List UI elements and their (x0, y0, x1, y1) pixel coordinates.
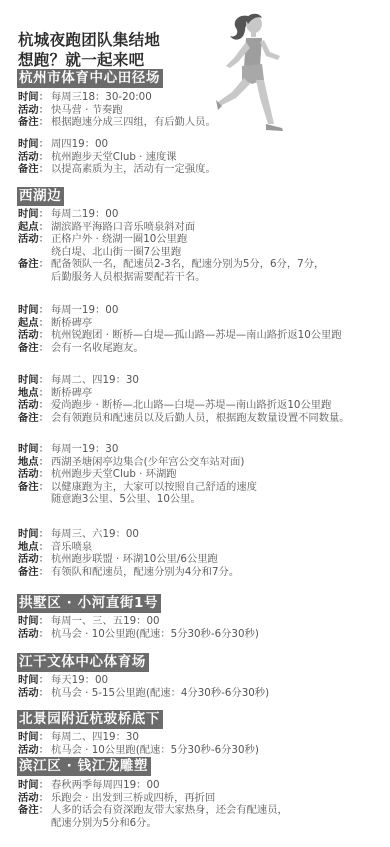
value-time: 春秋两季每周四19：00 (51, 779, 160, 792)
section-heading-beijingyuan: 北景园附近杭玻桥底下 (17, 710, 163, 729)
value-activity: 杭州跑步联盟 · 环湖10公里/6公里跑 (51, 553, 218, 566)
row-time: 时间：周四19：00 (18, 138, 216, 151)
label-note: 备注： (18, 163, 51, 176)
value-time: 每天19：00 (51, 674, 108, 687)
value-activity: 杭州跑步天堂Club · 环湖跑 (51, 468, 177, 481)
page-title: 杭城夜跑团队集结地 想跑？就一起来吧 (18, 30, 160, 70)
value-note: 以健康跑为主，大家可以按照自己舒适的速度 (51, 481, 257, 494)
label-note: 备注： (18, 116, 51, 129)
value-activity: 杭马会 · 5-15公里跑(配速：4分30秒-6分30秒) (51, 687, 269, 700)
value-activity: 杭州锐跑团 · 断桥—白堤—孤山路—苏堤—南山路折返10公里跑 (51, 329, 342, 342)
row-note: 备注：以提高素质为主，活动有一定强度。 (18, 163, 216, 176)
value-note-cont: 随意跑3公里、5公里、10公里。 (18, 493, 257, 506)
value-time: 每周一19：30 (51, 443, 118, 456)
value-activity: 正格户外 · 绕湖一圈10公里跑 (51, 233, 187, 246)
value-activity: 爱尚跑步 · 断桥—北山路—白堤—苏堤—南山路折返10公里跑 (51, 399, 331, 412)
value-time: 每周二19：00 (51, 208, 118, 221)
entry-westlake-5: 时间：每周三、六19：00 地点：音乐喷泉 活动：杭州跑步联盟 · 环湖10公里… (18, 528, 239, 578)
label-time: 时间： (18, 138, 51, 151)
runner-illustration-icon (208, 6, 308, 134)
label-time: 时间： (18, 91, 51, 104)
section-heading-binjiang: 滨江区 · 钱江龙雕塑 (17, 757, 151, 776)
poster-page: 杭城夜跑团队集结地 想跑？就一起来吧 杭州市体育中心田径场 时间：每周三18：3… (0, 0, 390, 847)
entry-westlake-3: 时间：每周二、四19：30 地点：断桥碑亭 活动：爱尚跑步 · 断桥—北山路—白… (18, 374, 350, 424)
value-note: 配备领队一名，配速员2-3名，配速分别为5分，6分，7分， (51, 258, 324, 271)
value-activity: 杭马会 · 10公里跑(配速：5分30秒-6分30秒) (51, 744, 259, 757)
value-note: 会有领跑员和配速员以及后勤人员，根据跑友数量设置不同数量。 (51, 412, 350, 425)
value-time: 每周二、四19：30 (51, 731, 139, 744)
value-time: 每周一19：00 (51, 304, 118, 317)
value-time: 周四19：00 (51, 138, 108, 151)
entry-gongshu: 时间：每周一、三、五19：00 活动：杭马会 · 10公里跑(配速：5分30秒-… (18, 615, 259, 640)
value-note: 根据跑速分成三四组，有后勤人员。 (51, 116, 216, 129)
value-note-cont: 后勤服务人员根据需要配若干名。 (18, 271, 324, 284)
value-time: 每周二、四19：30 (51, 374, 139, 387)
section-heading-west-lake: 西湖边 (17, 187, 64, 206)
value-activity-cont: 绕白堤、北山街一圈7公里跑 (18, 246, 324, 259)
row-activity: 活动：快马营 · 节奏跑 (18, 104, 216, 117)
value-activity: 杭马会 · 10公里跑(配速：5分30秒-6分30秒) (51, 628, 259, 641)
entry-stadium-1: 时间：每周三18：30-20:00 活动：快马营 · 节奏跑 备注：根据跑速分成… (18, 91, 216, 129)
value-activity: 杭州跑步天堂Club · 速度课 (51, 151, 177, 164)
entry-jianggan: 时间：每天19：00 活动：杭马会 · 5-15公里跑(配速：4分30秒-6分3… (18, 674, 269, 699)
value-note: 有领队和配速员，配速分别为4分和7分。 (51, 566, 239, 579)
value-note-cont: 配速分别为5分和6分。 (18, 817, 288, 830)
section-heading-jianggan: 江干文体中心体育场 (17, 653, 149, 672)
entry-binjiang: 时间：春秋两季每周四19：00 活动：乐跑会 · 出发到三桥或四桥，再折回 备注… (18, 779, 288, 829)
value-place: 断桥碑亭 (51, 387, 92, 400)
entry-westlake-2: 时间：每周一19：00 起点：断桥碑亭 活动：杭州锐跑团 · 断桥—白堤—孤山路… (18, 304, 342, 354)
entry-westlake-4: 时间：每周一19：30 地点：西湖圣塘闲亭边集合(少年宫公交车站对面) 活动：杭… (18, 443, 257, 506)
value-note: 人多的话会有资深跑友带大家热身，还会有配速员， (51, 804, 288, 817)
title-line-2: 想跑？就一起来吧 (18, 50, 160, 70)
value-time: 每周三、六19：00 (51, 528, 139, 541)
value-note: 会有一名收尾跑友。 (51, 342, 144, 355)
row-note: 备注：根据跑速分成三四组，有后勤人员。 (18, 116, 216, 129)
value-start: 断桥碑亭 (51, 317, 92, 330)
value-note: 以提高素质为主，活动有一定强度。 (51, 163, 216, 176)
entry-stadium-2: 时间：周四19：00 活动：杭州跑步天堂Club · 速度课 备注：以提高素质为… (18, 138, 216, 176)
value-place: 音乐喷泉 (51, 541, 92, 554)
section-heading-stadium: 杭州市体育中心田径场 (17, 69, 163, 88)
value-activity: 快马营 · 节奏跑 (51, 104, 123, 117)
value-time: 每周一、三、五19：00 (51, 615, 160, 628)
row-time: 时间：每周三18：30-20:00 (18, 91, 216, 104)
entry-westlake-1: 时间：每周二19：00 起点：湖滨路平海路口音乐喷泉斜对面 活动：正格户外 · … (18, 208, 324, 284)
value-start: 湖滨路平海路口音乐喷泉斜对面 (51, 221, 195, 234)
section-heading-gongshu: 拱墅区 · 小河直街1号 (17, 594, 161, 613)
label-activity: 活动： (18, 104, 51, 117)
row-activity: 活动：杭州跑步天堂Club · 速度课 (18, 151, 216, 164)
label-activity: 活动： (18, 151, 51, 164)
entry-beijingyuan: 时间：每周二、四19：30 活动：杭马会 · 10公里跑(配速：5分30秒-6分… (18, 731, 259, 756)
title-line-1: 杭城夜跑团队集结地 (18, 30, 160, 50)
value-place: 西湖圣塘闲亭边集合(少年宫公交车站对面) (51, 456, 244, 469)
value-activity: 乐跑会 · 出发到三桥或四桥，再折回 (51, 792, 215, 805)
value-time: 每周三18：30-20:00 (51, 91, 152, 104)
